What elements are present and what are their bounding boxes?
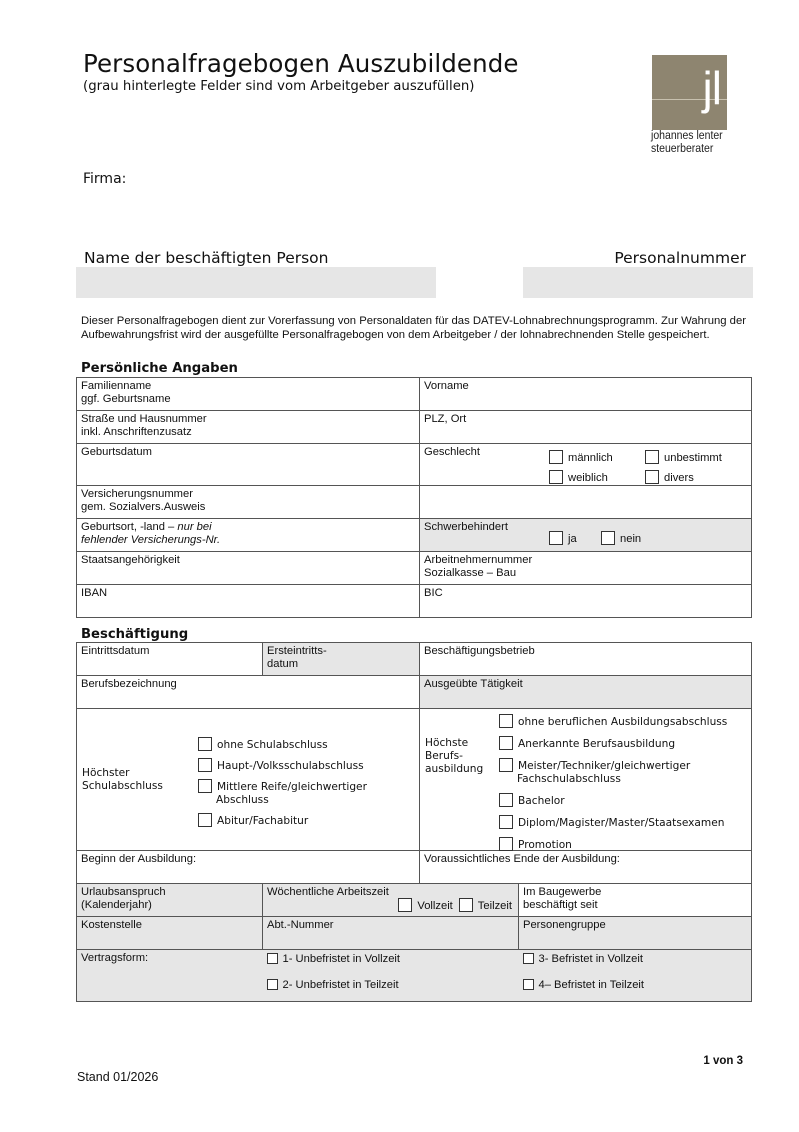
checkbox-diplom[interactable]: Diplom/Magister/Master/Staatsexamen xyxy=(499,815,727,830)
checkbox-anerkannte-ausbildung[interactable]: Anerkannte Berufsausbildung xyxy=(499,736,727,751)
checkbox-icon[interactable] xyxy=(267,979,278,990)
checkbox-icon[interactable] xyxy=(459,898,473,912)
name-label: Name der beschäftigten Person xyxy=(84,249,328,267)
checkbox-icon[interactable] xyxy=(601,531,615,545)
checkbox-icon[interactable] xyxy=(499,793,513,807)
personalnummer-label: Personalnummer xyxy=(614,249,746,267)
strasse-field[interactable]: Straße und Hausnummerinkl. Anschriftenzu… xyxy=(77,411,420,444)
checkbox-hauptschulabschluss[interactable]: Haupt-/Volksschulabschluss xyxy=(198,758,367,773)
checkbox-icon[interactable] xyxy=(645,450,659,464)
checkbox-icon[interactable] xyxy=(499,714,513,728)
checkbox-bachelor[interactable]: Bachelor xyxy=(499,793,727,808)
checkbox-icon[interactable] xyxy=(549,450,563,464)
checkbox-icon[interactable] xyxy=(523,979,534,990)
familienname-field[interactable]: Familiennameggf. Geburtsname xyxy=(77,378,420,411)
schwerbehindert-field: Schwerbehindert janein xyxy=(420,519,752,552)
employment-table-top: Eintrittsdatum Ersteintritts-datum Besch… xyxy=(76,642,752,884)
schulabschluss-field: HöchsterSchulabschluss ohne Schulabschlu… xyxy=(77,709,420,851)
section-heading-personal: Persönliche Angaben xyxy=(81,361,238,376)
checkbox-weiblich[interactable]: weiblich xyxy=(549,468,645,488)
checkbox-icon[interactable] xyxy=(267,953,278,964)
checkbox-icon[interactable] xyxy=(523,953,534,964)
iban-field[interactable]: IBAN xyxy=(77,585,420,618)
logo-line1: johannes lenter xyxy=(651,129,733,142)
checkbox-icon[interactable] xyxy=(549,470,563,484)
checkbox-icon[interactable] xyxy=(499,758,513,772)
intro-text: Dieser Personalfragebogen dient zur Vore… xyxy=(81,315,751,342)
checkbox-teilzeit[interactable]: Teilzeit xyxy=(459,898,512,913)
arbeitnehmernummer-field[interactable]: ArbeitnehmernummerSozialkasse – Bau xyxy=(420,552,752,585)
checkbox-maennlich[interactable]: männlich xyxy=(549,448,645,468)
staatsangehoerigkeit-field[interactable]: Staatsangehörigkeit xyxy=(77,552,420,585)
kostenstelle-field[interactable]: Kostenstelle xyxy=(77,917,263,950)
page-number: 1 von 3 xyxy=(703,1055,743,1067)
personal-table: Familiennameggf. Geburtsname Vorname Str… xyxy=(76,377,752,618)
page-subtitle: (grau hinterlegte Felder sind vom Arbeit… xyxy=(83,79,475,94)
vorname-field[interactable]: Vorname xyxy=(420,378,752,411)
checkbox-icon[interactable] xyxy=(198,737,212,751)
bic-field[interactable]: BIC xyxy=(420,585,752,618)
ausgeuebte-taetigkeit-field[interactable]: Ausgeübte Tätigkeit xyxy=(420,676,752,709)
checkbox-unbestimmt[interactable]: unbestimmt xyxy=(645,448,722,468)
checkbox-divers[interactable]: divers xyxy=(645,468,694,488)
berufsbezeichnung-field[interactable]: Berufsbezeichnung xyxy=(77,676,420,709)
checkbox-ohne-schulabschluss[interactable]: ohne Schulabschluss xyxy=(198,737,367,752)
section-heading-employment: Beschäftigung xyxy=(81,627,188,642)
logo-text: johannes lenter steuerberater xyxy=(651,129,733,154)
checkbox-nein[interactable]: nein xyxy=(601,531,641,546)
stand-date: Stand 01/2026 xyxy=(77,1070,158,1084)
checkbox-meister[interactable]: Meister/Techniker/gleichwertigerFachschu… xyxy=(499,758,727,786)
checkbox-icon[interactable] xyxy=(499,815,513,829)
versicherungsnummer-value[interactable] xyxy=(420,486,752,519)
abt-nummer-field[interactable]: Abt.-Nummer xyxy=(263,917,519,950)
vertragsform-options-left: 1- Unbefristet in Vollzeit 2- Unbefriste… xyxy=(263,950,519,1002)
checkbox-icon[interactable] xyxy=(198,813,212,827)
checkbox-icon[interactable] xyxy=(645,470,659,484)
baugewerbe-field[interactable]: Im Baugewerbebeschäftigt seit xyxy=(519,884,752,917)
checkbox-befristet-teilzeit[interactable]: 4– Befristet in Teilzeit xyxy=(523,972,748,998)
page-title: Personalfragebogen Auszubildende xyxy=(83,49,519,78)
beginn-ausbildung-field[interactable]: Beginn der Ausbildung: xyxy=(77,851,420,884)
plz-ort-field[interactable]: PLZ, Ort xyxy=(420,411,752,444)
logo: jl xyxy=(652,55,727,130)
checkbox-befristet-vollzeit[interactable]: 3- Befristet in Vollzeit xyxy=(523,946,748,972)
checkbox-unbefristet-teilzeit[interactable]: 2- Unbefristet in Teilzeit xyxy=(267,972,515,998)
personalnummer-field[interactable] xyxy=(523,267,753,298)
checkbox-icon[interactable] xyxy=(549,531,563,545)
employment-table-bottom: Urlaubsanspruch(Kalenderjahr) Wöchentlic… xyxy=(76,883,752,1002)
vertragsform-options-right: 3- Befristet in Vollzeit 4– Befristet in… xyxy=(519,950,752,1002)
checkbox-vollzeit[interactable]: Vollzeit xyxy=(398,898,452,913)
geschlecht-field: Geschlecht männlichunbestimmt weiblichdi… xyxy=(420,444,752,486)
beschaeftigungsbetrieb-field[interactable]: Beschäftigungsbetrieb xyxy=(420,643,752,676)
urlaubsanspruch-field[interactable]: Urlaubsanspruch(Kalenderjahr) xyxy=(77,884,263,917)
checkbox-icon[interactable] xyxy=(499,736,513,750)
arbeitszeit-field: Wöchentliche Arbeitszeit VollzeitTeilzei… xyxy=(263,884,519,917)
firma-label: Firma: xyxy=(83,171,126,187)
vertragsform-label: Vertragsform: xyxy=(77,950,263,1002)
logo-monogram: jl xyxy=(703,65,721,111)
checkbox-icon[interactable] xyxy=(198,758,212,772)
checkbox-unbefristet-vollzeit[interactable]: 1- Unbefristet in Vollzeit xyxy=(267,946,515,972)
checkbox-mittlere-reife[interactable]: Mittlere Reife/gleichwertigerAbschluss xyxy=(198,779,367,807)
logo-line2: steuerberater xyxy=(651,142,733,155)
versicherungsnummer-field[interactable]: Versicherungsnummergem. Sozialvers.Auswe… xyxy=(77,486,420,519)
eintrittsdatum-field[interactable]: Eintrittsdatum xyxy=(77,643,263,676)
berufsausbildung-field: HöchsteBerufs-ausbildung ohne berufliche… xyxy=(420,709,752,851)
ersteintrittsdatum-field[interactable]: Ersteintritts-datum xyxy=(263,643,420,676)
checkbox-icon[interactable] xyxy=(398,898,412,912)
name-field[interactable] xyxy=(76,267,436,298)
personengruppe-field[interactable]: Personengruppe xyxy=(519,917,752,950)
checkbox-abitur[interactable]: Abitur/Fachabitur xyxy=(198,813,367,828)
checkbox-ja[interactable]: ja xyxy=(549,531,601,546)
geburtsdatum-field[interactable]: Geburtsdatum xyxy=(77,444,420,486)
geburtsort-field[interactable]: Geburtsort, -land – nur bei fehlender Ve… xyxy=(77,519,420,552)
checkbox-icon[interactable] xyxy=(198,779,212,793)
checkbox-promotion[interactable]: Promotion xyxy=(499,837,727,852)
checkbox-icon[interactable] xyxy=(499,837,513,851)
checkbox-ohne-ausbildung[interactable]: ohne beruflichen Ausbildungsabschluss xyxy=(499,714,727,729)
